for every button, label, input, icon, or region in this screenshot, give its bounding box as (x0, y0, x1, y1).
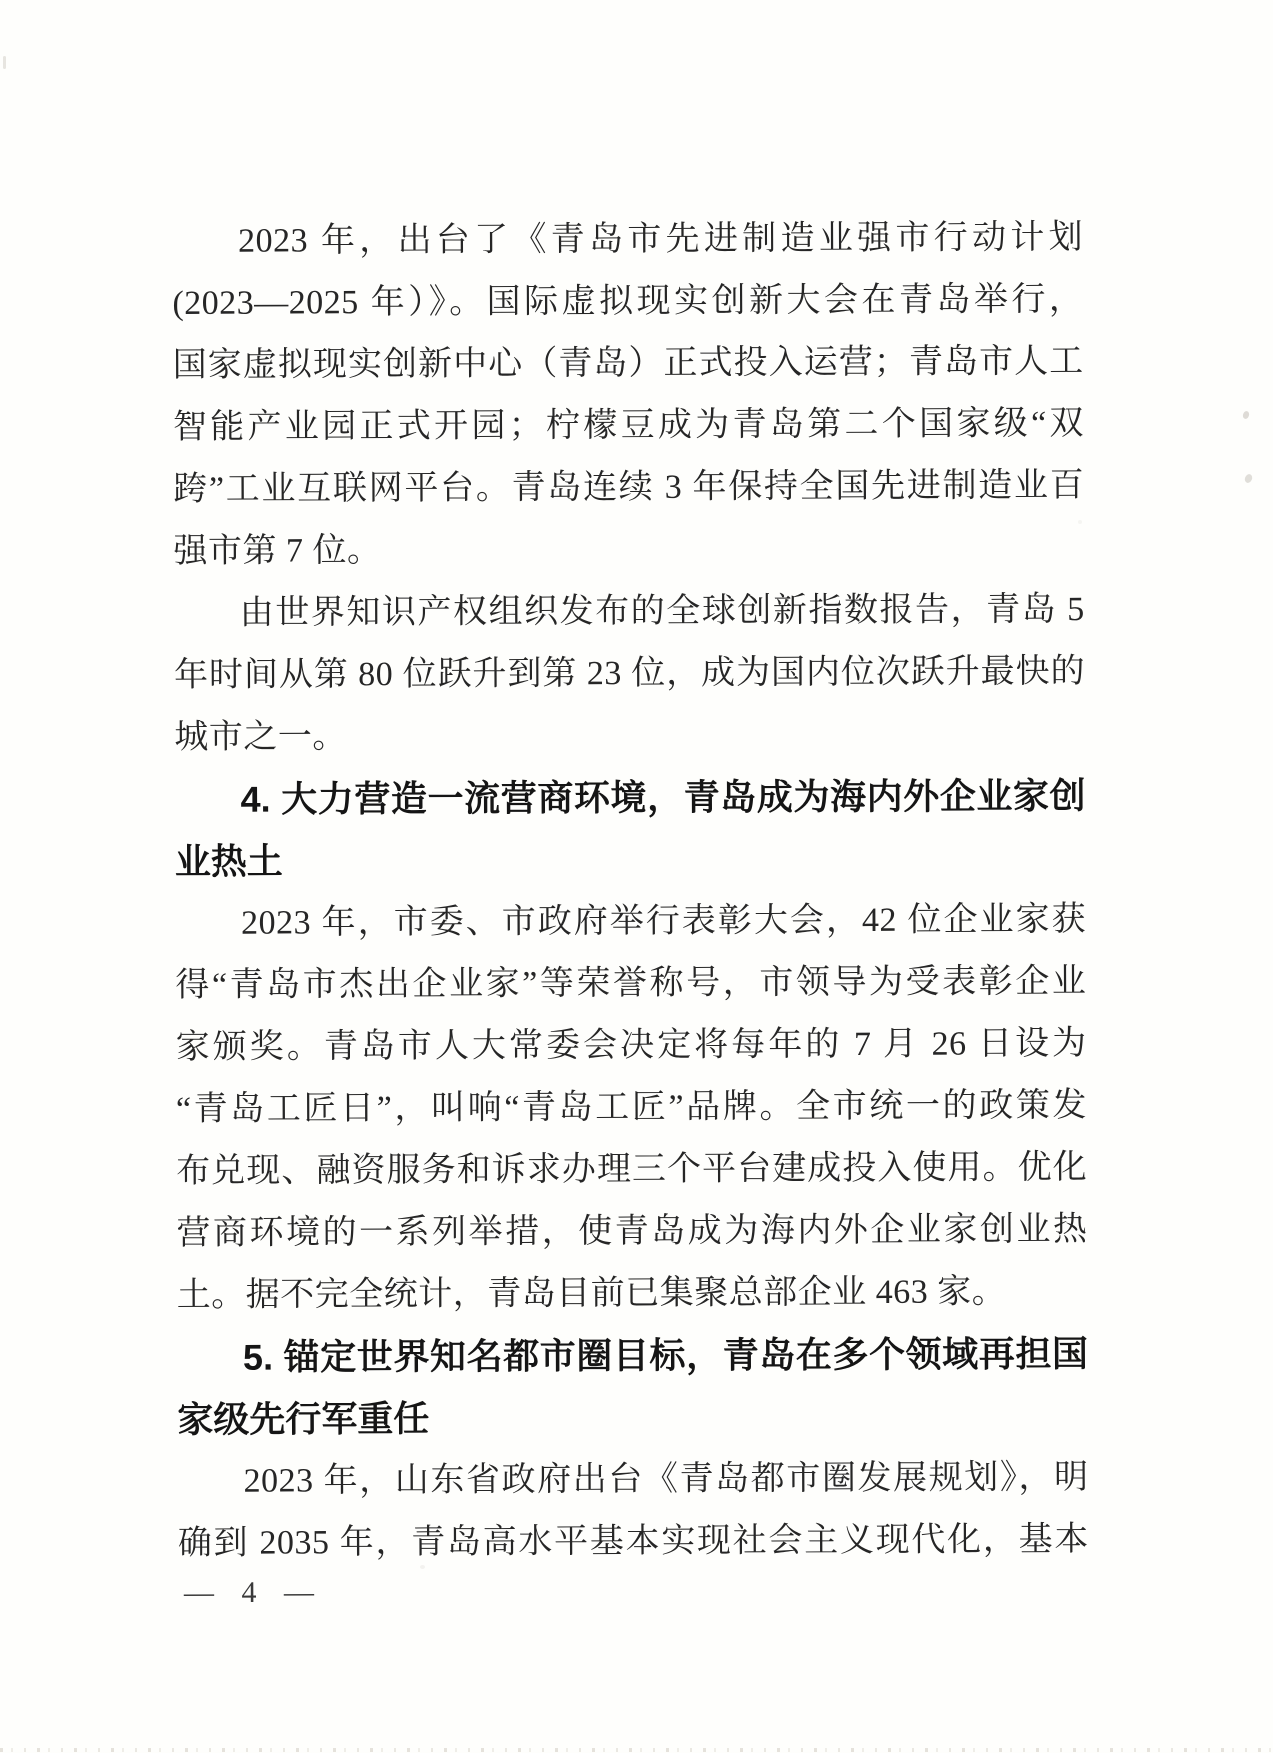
text-line: 布兑现、融资服务和诉求办理三个平台建成投入使用。优化 (176, 1137, 1087, 1203)
text-line: 强市第 7 位。 (173, 517, 1084, 583)
section-heading-line: 5. 锚定世界知名都市圈目标，青岛在多个领域再担国 (177, 1323, 1088, 1389)
text-line: 2023 年，市委、市政府举行表彰大会，42 位企业家获 (175, 889, 1086, 955)
text-line: 营商环境的一系列举措，使青岛成为海内外企业家创业热 (176, 1199, 1087, 1265)
scan-speck (1242, 410, 1250, 419)
text-line: 确到 2035 年，青岛高水平基本实现社会主义现代化，基本 (178, 1509, 1089, 1575)
text-line: 跨”工业互联网平台。青岛连续 3 年保持全国先进制造业百 (173, 455, 1084, 521)
text-line: 城市之一。 (174, 703, 1085, 769)
text-line: 智能产业园正式开园；柠檬豆成为青岛第二个国家级“双 (173, 393, 1084, 459)
text-line: 得“青岛市杰出企业家”等荣誉称号，市领导为受表彰企业 (175, 951, 1086, 1017)
text-line: 国家虚拟现实创新中心（青岛）正式投入运营；青岛市人工 (173, 331, 1084, 397)
document-text: 2023 年，出台了《青岛市先进制造业强市行动计划 (2023—2025 年）》… (172, 207, 1089, 1575)
scan-noise-band (0, 1748, 1273, 1752)
text-line: (2023—2025 年）》。国际虚拟现实创新大会在青岛举行， (172, 269, 1083, 335)
text-line: 由世界知识产权组织发布的全球创新指数报告，青岛 5 (174, 579, 1085, 645)
text-line: 家颁奖。青岛市人大常委会决定将每年的 7 月 26 日设为 (176, 1013, 1087, 1079)
scan-speck (1243, 473, 1253, 484)
text-line: “青岛工匠日”，叫响“青岛工匠”品牌。全市统一的政策发 (176, 1075, 1087, 1141)
scan-speck (1078, 520, 1082, 524)
scan-speck (420, 1565, 425, 1569)
text-line: 土。据不完全统计，青岛目前已集聚总部企业 463 家。 (177, 1261, 1088, 1327)
scan-speck (3, 56, 6, 69)
section-heading-line: 业热土 (175, 827, 1086, 893)
page-number-footer: — 4 — (184, 1576, 319, 1611)
section-heading-line: 4. 大力营造一流营商环境，青岛成为海内外企业家创 (174, 765, 1085, 831)
text-line: 2023 年，出台了《青岛市先进制造业强市行动计划 (172, 207, 1083, 273)
text-line: 2023 年，山东省政府出台《青岛都市圈发展规划》，明 (177, 1447, 1088, 1513)
section-heading-line: 家级先行军重任 (177, 1385, 1088, 1451)
text-line: 年时间从第 80 位跃升到第 23 位，成为国内位次跃升最快的 (174, 641, 1085, 707)
document-page: 2023 年，出台了《青岛市先进制造业强市行动计划 (2023—2025 年）》… (0, 0, 1273, 1753)
